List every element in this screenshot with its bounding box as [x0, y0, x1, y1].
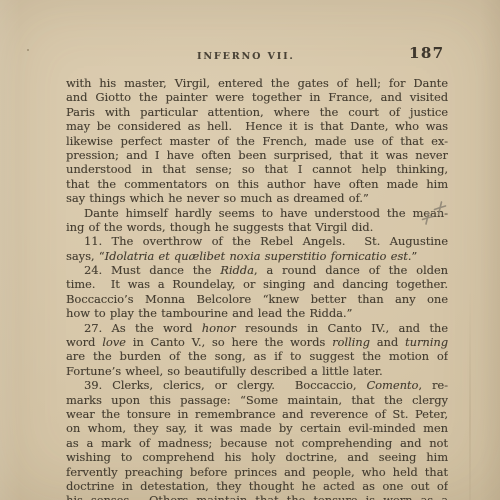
paragraph: with his master, Virgil, entered the gat…	[66, 76, 448, 206]
text-segment: and	[370, 335, 405, 349]
text-line: 39. Clerks, clerics, or clergy. Boccacci…	[66, 378, 448, 392]
text-line: and Giotto the painter were together in …	[66, 90, 448, 104]
text-line: Boccaccio’s Monna Belcolore “knew better…	[66, 292, 448, 306]
text-segment: say things which he never so much as dre…	[66, 191, 369, 205]
text-segment: 11. The overthrow of the Rebel Angels. S…	[84, 234, 448, 248]
text-segment: as a mark of madness; because not compre…	[66, 436, 448, 450]
text-segment: on whom, they say, it was made by certai…	[66, 421, 448, 435]
text-segment: 27. As the word	[84, 321, 202, 335]
text-line: Paris with particular attention, where t…	[66, 105, 448, 119]
text-line: doctrine in detestation, they thought he…	[66, 479, 448, 493]
text-line: pression; and I have often been surprise…	[66, 148, 448, 162]
text-segment: may be considered as hell. Hence it is t…	[66, 119, 448, 133]
text-segment: , re-	[418, 378, 448, 392]
pencil-marks	[418, 198, 452, 232]
text-line: how to play the tambourine and lead the …	[66, 306, 448, 320]
text-line: on whom, they say, it was made by certai…	[66, 421, 448, 435]
text-segment: understood in that sense; so that I cann…	[66, 162, 448, 176]
text-line: time. It was a Roundelay, or singing and…	[66, 277, 448, 291]
text-line: marks upon this passage: “Some maintain,…	[66, 393, 448, 407]
italic-text: rolling	[332, 335, 370, 349]
text-segment: wear the tonsure in remembrance and reve…	[66, 407, 448, 421]
text-segment: are the burden of the song, as if to sug…	[66, 349, 448, 363]
text-line: 24. Must dance the Ridda, a round dance …	[66, 263, 448, 277]
paper-crease	[469, 290, 471, 500]
text-segment: 24. Must dance the	[84, 263, 220, 277]
paragraph: 27. As the word honor resounds in Canto …	[66, 321, 448, 379]
italic-text: love	[102, 335, 126, 349]
text-line: that the commentators on this author hav…	[66, 177, 448, 191]
text-line: wear the tonsure in remembrance and reve…	[66, 407, 448, 421]
paragraph: 39. Clerks, clerics, or clergy. Boccacci…	[66, 378, 448, 500]
text-segment: 39. Clerks, clerics, or clergy. Boccacci…	[84, 378, 366, 392]
text-segment: fervently preaching before princes and p…	[66, 465, 448, 479]
paragraph: 24. Must dance the Ridda, a round dance …	[66, 263, 448, 321]
text-line: are the burden of the song, as if to sug…	[66, 349, 448, 363]
paper-speck	[27, 49, 29, 51]
text-segment: Paris with particular attention, where t…	[66, 105, 448, 119]
scanned-book-page: INFERNO VII. 187 with his master, Virgil…	[0, 0, 500, 500]
paragraph: Dante himself hardly seems to have under…	[66, 206, 448, 235]
text-segment: marks upon this passage: “Some maintain,…	[66, 393, 448, 407]
text-line: word love in Canto V., so here the words…	[66, 335, 448, 349]
text-segment: time. It was a Roundelay, or singing and…	[66, 277, 448, 291]
text-line: likewise perfect master of the French, m…	[66, 134, 448, 148]
paragraph: 11. The overthrow of the Rebel Angels. S…	[66, 234, 448, 263]
text-segment: and Giotto the painter were together in …	[66, 90, 448, 104]
text-line: says, “Idolatria et quælibet noxia super…	[66, 249, 448, 263]
text-line: wishing to comprehend his holy doctrine,…	[66, 450, 448, 464]
italic-text: turning	[405, 335, 448, 349]
text-segment: with his master, Virgil, entered the gat…	[66, 76, 448, 90]
page-number: 187	[409, 44, 445, 62]
text-line: Fortune’s wheel, so beautifully describe…	[66, 364, 448, 378]
text-segment: pression; and I have often been surprise…	[66, 148, 448, 162]
text-line: 27. As the word honor resounds in Canto …	[66, 321, 448, 335]
text-line: say things which he never so much as dre…	[66, 191, 448, 205]
running-head: INFERNO VII.	[197, 51, 295, 62]
text-segment: his senses. Others maintain that the ton…	[66, 493, 448, 500]
italic-text: Comento	[366, 378, 418, 392]
text-line: with his master, Virgil, entered the gat…	[66, 76, 448, 90]
text-segment: likewise perfect master of the French, m…	[66, 134, 448, 148]
text-segment: in Canto V., so here the words	[126, 335, 332, 349]
text-segment: Boccaccio’s Monna Belcolore “knew better…	[66, 292, 448, 306]
text-line: understood in that sense; so that I cann…	[66, 162, 448, 176]
page-body: with his master, Virgil, entered the gat…	[66, 76, 448, 500]
text-line: as a mark of madness; because not compre…	[66, 436, 448, 450]
text-segment: , a round dance of the olden	[254, 263, 448, 277]
text-segment: resounds in Canto IV., and the	[236, 321, 448, 335]
text-segment: says, “	[66, 249, 105, 263]
text-line: 11. The overthrow of the Rebel Angels. S…	[66, 234, 448, 248]
italic-text: Idolatria et quælibet noxia superstitio …	[105, 249, 412, 263]
text-segment: Fortune’s wheel, so beautifully describe…	[66, 364, 383, 378]
text-line: fervently preaching before princes and p…	[66, 465, 448, 479]
text-segment: wishing to comprehend his holy doctrine,…	[66, 450, 448, 464]
text-line: his senses. Others maintain that the ton…	[66, 493, 448, 500]
text-segment: word	[66, 335, 102, 349]
paper-speck	[443, 411, 445, 413]
text-segment: that the commentators on this author hav…	[66, 177, 448, 191]
text-line: Dante himself hardly seems to have under…	[66, 206, 448, 220]
italic-text: honor	[202, 321, 236, 335]
italic-text: Ridda	[220, 263, 254, 277]
text-segment: doctrine in detestation, they thought he…	[66, 479, 448, 493]
text-line: ing of the words, though he suggests tha…	[66, 220, 448, 234]
text-segment: how to play the tambourine and lead the …	[66, 306, 352, 320]
text-segment: Dante himself hardly seems to have under…	[84, 206, 448, 220]
text-line: may be considered as hell. Hence it is t…	[66, 119, 448, 133]
text-segment: ing of the words, though he suggests tha…	[66, 220, 373, 234]
text-segment: ”	[411, 249, 417, 263]
